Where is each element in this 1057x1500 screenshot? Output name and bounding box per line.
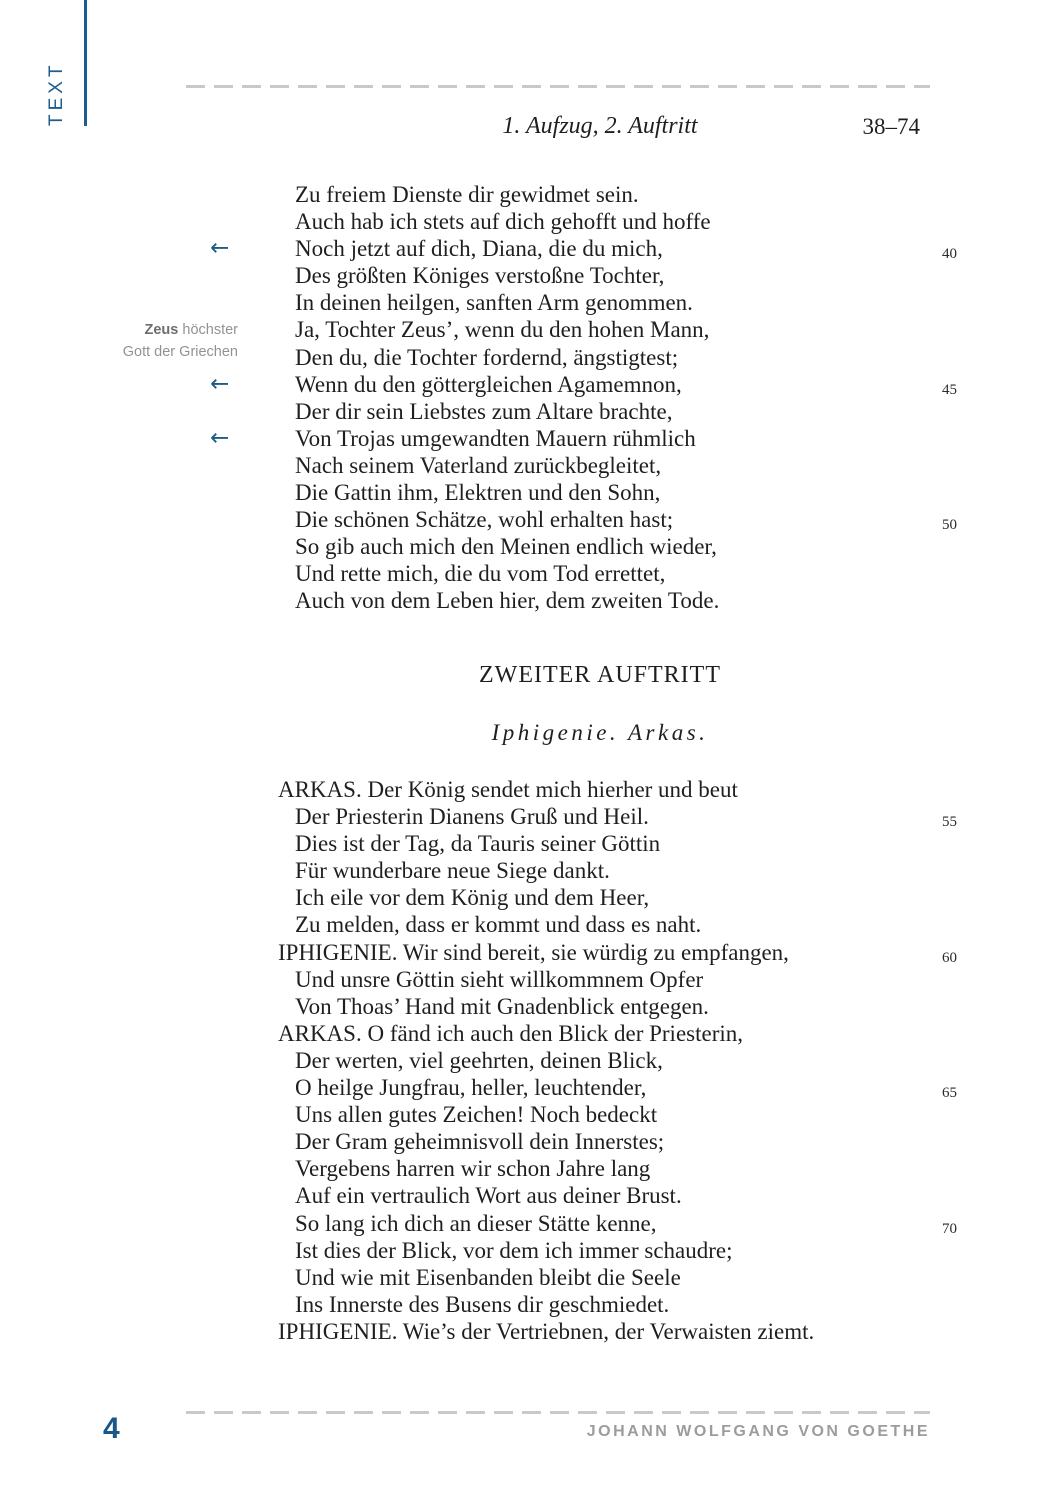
verse-line: O heilge Jungfrau, heller, leuchtender,6… bbox=[90, 1074, 962, 1101]
verse-text: Der Priesterin Dianens Gruß und Heil. bbox=[295, 804, 649, 829]
verse-text: O heilge Jungfrau, heller, leuchtender, bbox=[295, 1075, 646, 1100]
verse-text: Von Thoas’ Hand mit Gnadenblick entgegen… bbox=[295, 994, 709, 1019]
verse-text: Uns allen gutes Zeichen! Noch bedeckt bbox=[295, 1102, 657, 1127]
footer-author: JOHANN WOLFGANG VON GOETHE bbox=[587, 1423, 930, 1441]
verse-text: In deinen heilgen, sanften Arm genommen. bbox=[295, 290, 693, 315]
verse-text: Der werten, viel geehrten, deinen Blick, bbox=[295, 1048, 663, 1073]
verse-text: Die Gattin ihm, Elektren und den Sohn, bbox=[295, 480, 660, 505]
verse-text: Für wunderbare neue Siege dankt. bbox=[295, 858, 610, 883]
verse-line: Vergebens harren wir schon Jahre lang bbox=[90, 1155, 962, 1182]
verse-text: Nach seinem Vaterland zurückbegleitet, bbox=[295, 453, 661, 478]
verse-text: Und rette mich, die du vom Tod errettet, bbox=[295, 561, 665, 586]
verse-line: Die Gattin ihm, Elektren und den Sohn, bbox=[90, 479, 962, 506]
verse-line: ARKAS. O fänd ich auch den Blick der Pri… bbox=[90, 1020, 962, 1047]
verse-line: Von Thoas’ Hand mit Gnadenblick entgegen… bbox=[90, 993, 962, 1020]
verse-line: IPHIGENIE. Wie’s der Vertriebnen, der Ve… bbox=[90, 1318, 962, 1345]
verse-line: Und rette mich, die du vom Tod errettet, bbox=[90, 560, 962, 587]
verse-text: So lang ich dich an dieser Stätte kenne, bbox=[295, 1211, 657, 1236]
left-arrow-icon: ← bbox=[210, 371, 229, 398]
verse-line: So gib auch mich den Meinen endlich wied… bbox=[90, 533, 962, 560]
verse-line: Der Gram geheimnisvoll dein Innerstes; bbox=[90, 1128, 962, 1155]
verse-text: Ist dies der Blick, vor dem ich immer sc… bbox=[295, 1238, 733, 1263]
top-divider bbox=[186, 85, 930, 88]
verse-text: Ja, Tochter Zeus’, wenn du den hohen Man… bbox=[295, 317, 709, 342]
verse-text: So gib auch mich den Meinen endlich wied… bbox=[295, 534, 717, 559]
verse-text: Auf ein vertraulich Wort aus deiner Brus… bbox=[295, 1183, 682, 1208]
verse-line: IPHIGENIE. Wir sind bereit, sie würdig z… bbox=[90, 939, 962, 966]
verse-line: Nach seinem Vaterland zurückbegleitet, bbox=[90, 452, 962, 479]
sidebar-text-label: TEXT bbox=[46, 61, 68, 126]
verse-text: Der Gram geheimnisvoll dein Innerstes; bbox=[295, 1129, 664, 1154]
verse-text: Ins Innerste des Busens dir geschmiedet. bbox=[295, 1292, 669, 1317]
verse-line: ARKAS. Der König sendet mich hierher und… bbox=[90, 776, 962, 803]
verse-line: Ins Innerste des Busens dir geschmiedet. bbox=[90, 1291, 962, 1318]
verse-line: ←Von Trojas umgewandten Mauern rühmlich bbox=[90, 425, 962, 452]
verse-line: Und unsre Göttin sieht willkommnem Opfer bbox=[90, 966, 962, 993]
page-number: 4 bbox=[103, 1412, 120, 1446]
book-page: TEXT 1. Aufzug, 2. Auftritt 38–74 Zeus h… bbox=[0, 0, 1057, 1500]
verse-line: Der dir sein Liebstes zum Altare brachte… bbox=[90, 398, 962, 425]
verse-text: Zu melden, dass er kommt und dass es nah… bbox=[295, 912, 701, 937]
verse-line: ←Wenn du den göttergleichen Agamemnon,45 bbox=[90, 371, 962, 398]
sidebar-rule bbox=[84, 0, 87, 126]
line-range: 38–74 bbox=[863, 114, 921, 140]
verse-line: Auch hab ich stets auf dich gehofft und … bbox=[90, 208, 962, 235]
verse-text: Auch von dem Leben hier, dem zweiten Tod… bbox=[295, 588, 719, 613]
verse-line: Der Priesterin Dianens Gruß und Heil.55 bbox=[90, 803, 962, 830]
verse-line: Die schönen Schätze, wohl erhalten hast;… bbox=[90, 506, 962, 533]
verse-text: Des größten Königes verstoßne Tochter, bbox=[295, 263, 664, 288]
verse-text: Die schönen Schätze, wohl erhalten hast; bbox=[295, 507, 673, 532]
verse-line: Ja, Tochter Zeus’, wenn du den hohen Man… bbox=[90, 316, 962, 343]
verse-text: Zu freiem Dienste dir gewidmet sein. bbox=[295, 182, 639, 207]
verse-text: ARKAS. O fänd ich auch den Blick der Pri… bbox=[278, 1021, 743, 1046]
left-arrow-icon: ← bbox=[210, 235, 229, 262]
running-header: 1. Aufzug, 2. Auftritt bbox=[270, 113, 930, 140]
verse-line: Zu freiem Dienste dir gewidmet sein. bbox=[90, 181, 962, 208]
verse-line: Auf ein vertraulich Wort aus deiner Brus… bbox=[90, 1182, 962, 1209]
verse-block-act1-scene2-end: Zu freiem Dienste dir gewidmet sein.Auch… bbox=[90, 181, 962, 615]
verse-line: Des größten Königes verstoßne Tochter, bbox=[90, 262, 962, 289]
verse-text: Ich eile vor dem König und dem Heer, bbox=[295, 885, 649, 910]
verse-text: ARKAS. Der König sendet mich hierher und… bbox=[278, 777, 738, 802]
verse-text: Wenn du den göttergleichen Agamemnon, bbox=[295, 372, 682, 397]
verse-line: Und wie mit Eisenbanden bleibt die Seele bbox=[90, 1264, 962, 1291]
verse-text: Vergebens harren wir schon Jahre lang bbox=[295, 1156, 650, 1181]
verse-line: So lang ich dich an dieser Stätte kenne,… bbox=[90, 1210, 962, 1237]
verse-text: Noch jetzt auf dich, Diana, die du mich, bbox=[295, 236, 663, 261]
verse-line: Ich eile vor dem König und dem Heer, bbox=[90, 884, 962, 911]
verse-text: Und unsre Göttin sieht willkommnem Opfer bbox=[295, 967, 703, 992]
verse-text: Der dir sein Liebstes zum Altare brachte… bbox=[295, 399, 672, 424]
verse-text: Und wie mit Eisenbanden bleibt die Seele bbox=[295, 1265, 681, 1290]
scene-heading: ZWEITER AUFTRITT bbox=[270, 662, 930, 689]
verse-text: Dies ist der Tag, da Tauris seiner Götti… bbox=[295, 831, 660, 856]
verse-line: Auch von dem Leben hier, dem zweiten Tod… bbox=[90, 587, 962, 614]
verse-line: Den du, die Tochter fordernd, ängstigtes… bbox=[90, 344, 962, 371]
verse-line: Für wunderbare neue Siege dankt. bbox=[90, 857, 962, 884]
verse-text: Auch hab ich stets auf dich gehofft und … bbox=[295, 209, 711, 234]
verse-line: ←Noch jetzt auf dich, Diana, die du mich… bbox=[90, 235, 962, 262]
verse-text: Den du, die Tochter fordernd, ängstigtes… bbox=[295, 345, 678, 370]
verse-line: Zu melden, dass er kommt und dass es nah… bbox=[90, 911, 962, 938]
verse-line: Ist dies der Blick, vor dem ich immer sc… bbox=[90, 1237, 962, 1264]
verse-line: In deinen heilgen, sanften Arm genommen. bbox=[90, 289, 962, 316]
verse-line: Uns allen gutes Zeichen! Noch bedeckt bbox=[90, 1101, 962, 1128]
verse-text: IPHIGENIE. Wie’s der Vertriebnen, der Ve… bbox=[278, 1319, 814, 1344]
scene-characters: Iphigenie. Arkas. bbox=[270, 720, 930, 746]
verse-block-zweiter-auftritt: ARKAS. Der König sendet mich hierher und… bbox=[90, 776, 962, 1345]
verse-line: Der werten, viel geehrten, deinen Blick, bbox=[90, 1047, 962, 1074]
verse-text: IPHIGENIE. Wir sind bereit, sie würdig z… bbox=[278, 940, 789, 965]
left-arrow-icon: ← bbox=[210, 425, 229, 452]
verse-line: Dies ist der Tag, da Tauris seiner Götti… bbox=[90, 830, 962, 857]
verse-text: Von Trojas umgewandten Mauern rühmlich bbox=[295, 426, 696, 451]
scene-reference: 1. Aufzug, 2. Auftritt bbox=[502, 113, 697, 139]
bottom-divider bbox=[186, 1411, 930, 1414]
